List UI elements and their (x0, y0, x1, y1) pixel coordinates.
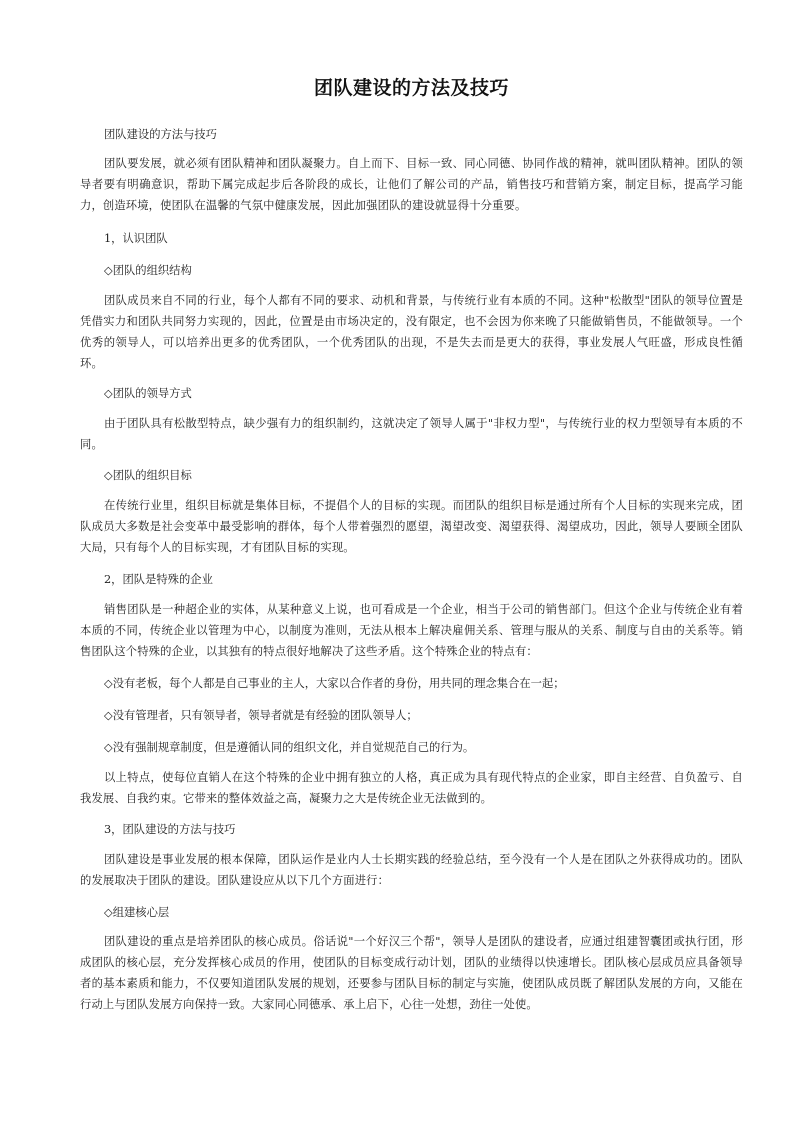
paragraph-special-enterprise: 销售团队是一种超企业的实体，从某种意义上说，也可看成是一个企业，相当于公司的销售… (80, 599, 743, 662)
section-heading-1: 1，认识团队 (104, 228, 168, 249)
subheading-leadership-style: ◇团队的领导方式 (104, 383, 192, 404)
section-heading-3: 3，团队建设的方法与技巧 (104, 819, 235, 840)
paragraph-org-goals: 在传统行业里，组织目标就是集体目标，不提倡个人的目标的实现。而团队的组织目标是通… (80, 495, 743, 558)
bullet-no-manager: ◇没有管理者，只有领导者，领导者就是有经验的团队领导人； (104, 705, 418, 726)
paragraph-features-summary: 以上特点，使每位直销人在这个特殊的企业中拥有独立的人格，真正成为具有现代特点的企… (80, 767, 743, 809)
paragraph-org-structure: 团队成员来自不同的行业，每个人都有不同的要求、动机和背景，与传统行业有本质的不同… (80, 290, 743, 374)
subheading-org-goals: ◇团队的组织目标 (104, 465, 192, 486)
paragraph-team-building: 团队建设是事业发展的根本保障，团队运作是业内人士长期实践的经验总结，至今没有一个… (80, 849, 743, 891)
document-title: 团队建设的方法及技巧 (80, 73, 743, 100)
subheading-core-layer: ◇组建核心层 (104, 902, 169, 923)
paragraph-intro: 团队要发展，就必须有团队精神和团队凝聚力。自上而下、目标一致、同心同德、协同作战… (80, 153, 743, 216)
bullet-no-rules: ◇没有强制规章制度，但是遵循认同的组织文化，并自觉规范自己的行为。 (104, 737, 474, 758)
paragraph-leadership-style: 由于团队具有松散型特点，缺少强有力的组织制约，这就决定了领导人属于"非权力型"，… (80, 413, 743, 455)
subheading-org-structure: ◇团队的组织结构 (104, 260, 192, 281)
paragraph-core-layer: 团队建设的重点是培养团队的核心成员。俗话说"一个好汉三个帮"，领导人是团队的建设… (80, 931, 743, 1015)
bullet-no-boss: ◇没有老板，每个人都是自己事业的主人，大家以合作者的身份，用共同的理念集合在一起… (104, 673, 565, 694)
section-heading-intro: 团队建设的方法与技巧 (104, 124, 217, 145)
section-heading-2: 2，团队是特殊的企业 (104, 569, 213, 590)
